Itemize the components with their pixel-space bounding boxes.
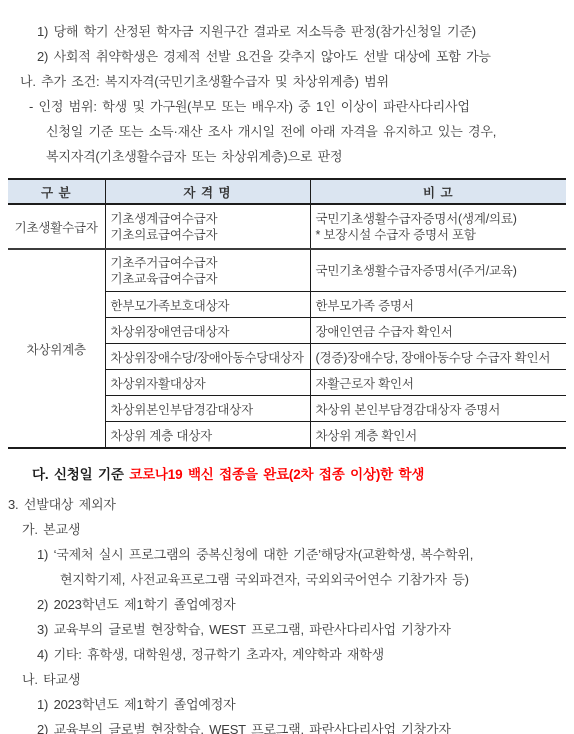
qualification-cell: 차상위 계층 대상자 [105,422,310,449]
qualification-cell: 한부모가족보호대상자 [105,292,310,318]
vaccine-requirement-line: 다. 신청일 기준 코로나19 백신 접종을 완료(2차 접종 이상)한 학생 [0,462,574,487]
document-page: 1) 당해 학기 산정된 학자금 지원구간 결과로 저소득층 판정(참가신청일 … [0,19,574,734]
remarks-cell: 차상위 계층 확인서 [310,422,566,449]
vaccine-line-prefix: 다. 신청일 기준 [32,467,129,482]
exclusion-other-item-2: 2) 교육부의 글로벌 현장학습, WEST 프로그램, 파란사다리사업 기창가… [0,717,574,734]
intro-line-social: 2) 사회적 취약학생은 경제적 선발 요건을 갖추지 않아도 선발 대상에 포… [0,44,574,69]
remarks-cell: 국민기초생활수급자증명서(생계/의료) * 보장시설 수급자 증명서 포함 [310,204,566,249]
table-header-row: 구 분 자 격 명 비 고 [8,179,566,204]
welfare-qualification-table: 구 분 자 격 명 비 고 기초생활수급자 기초생계급여수급자 기초의료급여수급… [8,178,566,449]
qualification-cell: 차상위본인부담경감대상자 [105,396,310,422]
column-header-category: 구 분 [8,179,105,204]
table-row: 차상위계층 기초주거급여수급자 기초교육급여수급자 국민기초생활수급자증명서(주… [8,249,566,292]
exclusion-item-3: 3) 교육부의 글로벌 현장학습, WEST 프로그램, 파란사다리사업 기창가… [0,617,574,642]
category-next-lowest-class: 차상위계층 [8,249,105,448]
exclusion-item-1-cont: 현지학기제, 사전교육프로그램 국외파견자, 국외외국어연수 기참가자 등) [0,567,574,592]
remarks-cell: (경증)장애수당, 장애아동수당 수급자 확인서 [310,344,566,370]
column-header-remarks: 비 고 [310,179,566,204]
exclusion-item-2: 2) 2023학년도 제1학기 졸업예정자 [0,592,574,617]
exclusion-own-school: 가. 본교생 [0,517,574,542]
section-exclusion-title: 3. 선발대상 제외자 [0,492,574,517]
remarks-cell: 국민기초생활수급자증명서(주거/교육) [310,249,566,292]
intro-line-scope-cont1: 신청일 기준 또는 소득·재산 조사 개시일 전에 아래 자격을 유지하고 있는… [0,119,574,144]
qualification-cell: 차상위장애연금대상자 [105,318,310,344]
qualification-cell: 차상위장애수당/장애아동수당대상자 [105,344,310,370]
column-header-qualification: 자 격 명 [105,179,310,204]
table-row: 기초생활수급자 기초생계급여수급자 기초의료급여수급자 국민기초생활수급자증명서… [8,204,566,249]
intro-line-scope-cont2: 복지자격(기초생활수급자 또는 차상위계층)으로 판정 [0,144,574,169]
remarks-cell: 한부모가족 증명서 [310,292,566,318]
vaccine-line-highlight: 코로나19 백신 접종을 완료(2차 접종 이상)한 학생 [129,467,424,482]
exclusion-other-item-1: 1) 2023학년도 제1학기 졸업예정자 [0,692,574,717]
qualification-cell: 차상위자활대상자 [105,370,310,396]
qualification-cell: 기초생계급여수급자 기초의료급여수급자 [105,204,310,249]
remarks-cell: 차상위 본인부담경감대상자 증명서 [310,396,566,422]
exclusion-item-4: 4) 기타: 휴학생, 대학원생, 정규학기 초과자, 계약학과 재학생 [0,642,574,667]
intro-line-extra-condition: 나. 추가 조건: 복지자격(국민기초생활수급자 및 차상위계층) 범위 [0,69,574,94]
remarks-cell: 자활근로자 확인서 [310,370,566,396]
remarks-cell: 장애인연금 수급자 확인서 [310,318,566,344]
qualification-cell: 기초주거급여수급자 기초교육급여수급자 [105,249,310,292]
intro-line-low-income: 1) 당해 학기 산정된 학자금 지원구간 결과로 저소득층 판정(참가신청일 … [0,19,574,44]
category-basic-livelihood: 기초생활수급자 [8,204,105,249]
exclusion-item-1: 1) ‘국제처 실시 프로그램의 중복신청에 대한 기준’해당자(교환학생, 복… [0,542,574,567]
intro-line-scope: - 인정 범위: 학생 및 가구원(부모 또는 배우자) 중 1인 이상이 파란… [0,94,574,119]
exclusion-other-school: 나. 타교생 [0,667,574,692]
